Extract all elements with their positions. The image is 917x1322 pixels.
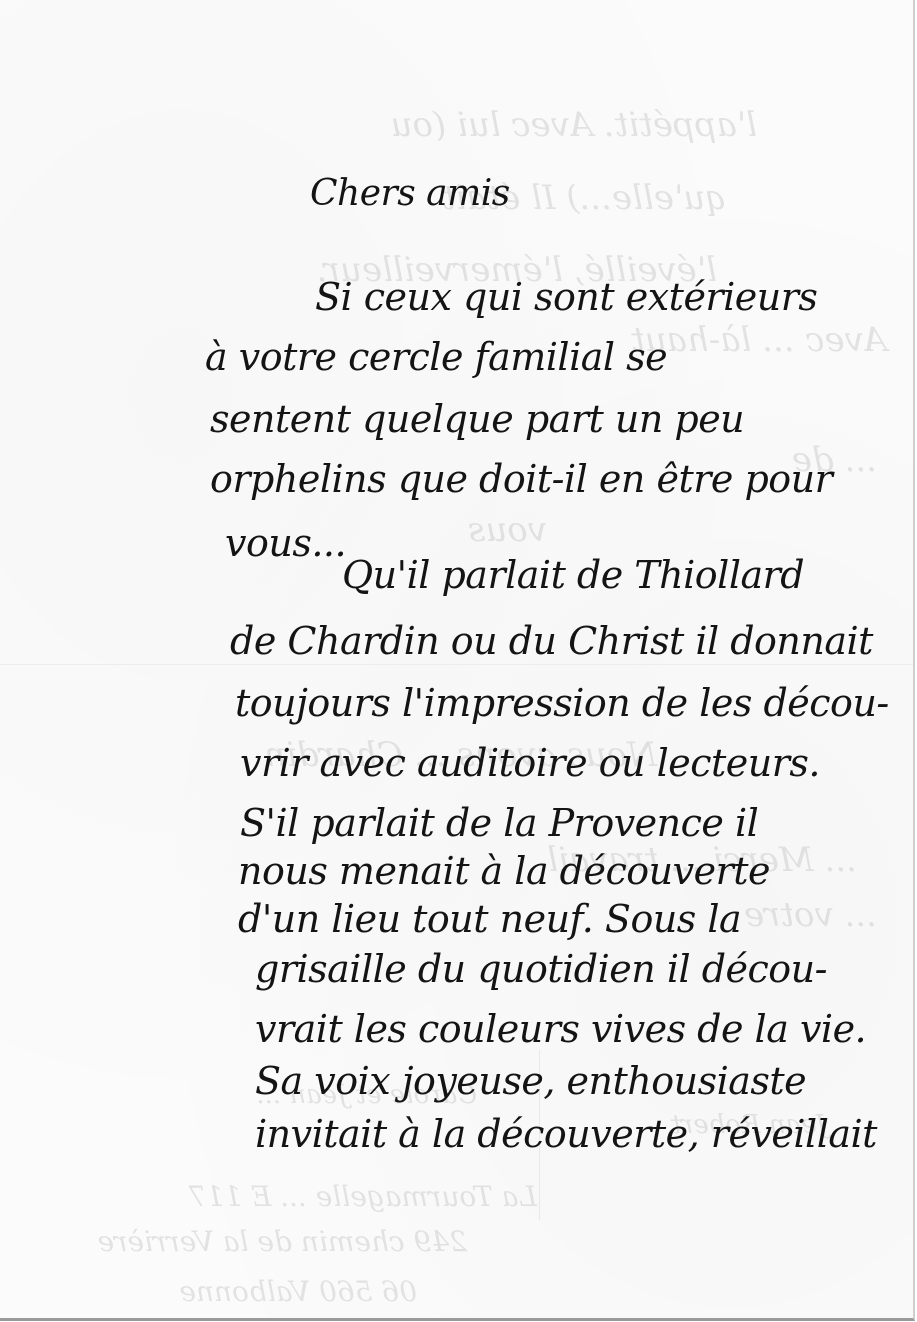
letter-line: invitait à la découverte, réveillait — [255, 1115, 877, 1153]
letter-line: Qu'il parlait de Thiollard — [342, 556, 804, 594]
letter-line: orphelins que doit-il en être pour — [210, 460, 832, 498]
letter-line: Sa voix joyeuse, enthousiaste — [255, 1062, 806, 1100]
letter-page: l'appétit. Avec lui (ou qu'elle...) Il é… — [0, 0, 915, 1321]
letter-line: sentent quelque part un peu — [210, 400, 744, 438]
letter-line: vrir avec auditoire ou lecteurs. — [240, 744, 820, 782]
letter-line: vrait les couleurs vives de la vie. — [255, 1010, 866, 1048]
letter-line: vous... — [225, 524, 346, 562]
letter-line: Si ceux qui sont extérieurs — [315, 278, 817, 316]
letter-body: Chers amis Si ceux qui sont extérieurs à… — [0, 0, 915, 1321]
letter-line: d'un lieu tout neuf. Sous la — [238, 900, 741, 938]
letter-line: de Chardin ou du Christ il donnait — [230, 622, 873, 660]
letter-line: toujours l'impression de les décou- — [235, 684, 889, 722]
letter-line: nous menait à la découverte — [238, 852, 770, 890]
letter-line: grisaille du quotidien il décou- — [255, 950, 827, 988]
letter-line: S'il parlait de la Provence il — [240, 804, 758, 842]
letter-line: à votre cercle familial se — [205, 338, 667, 376]
salutation: Chers amis — [310, 176, 510, 212]
